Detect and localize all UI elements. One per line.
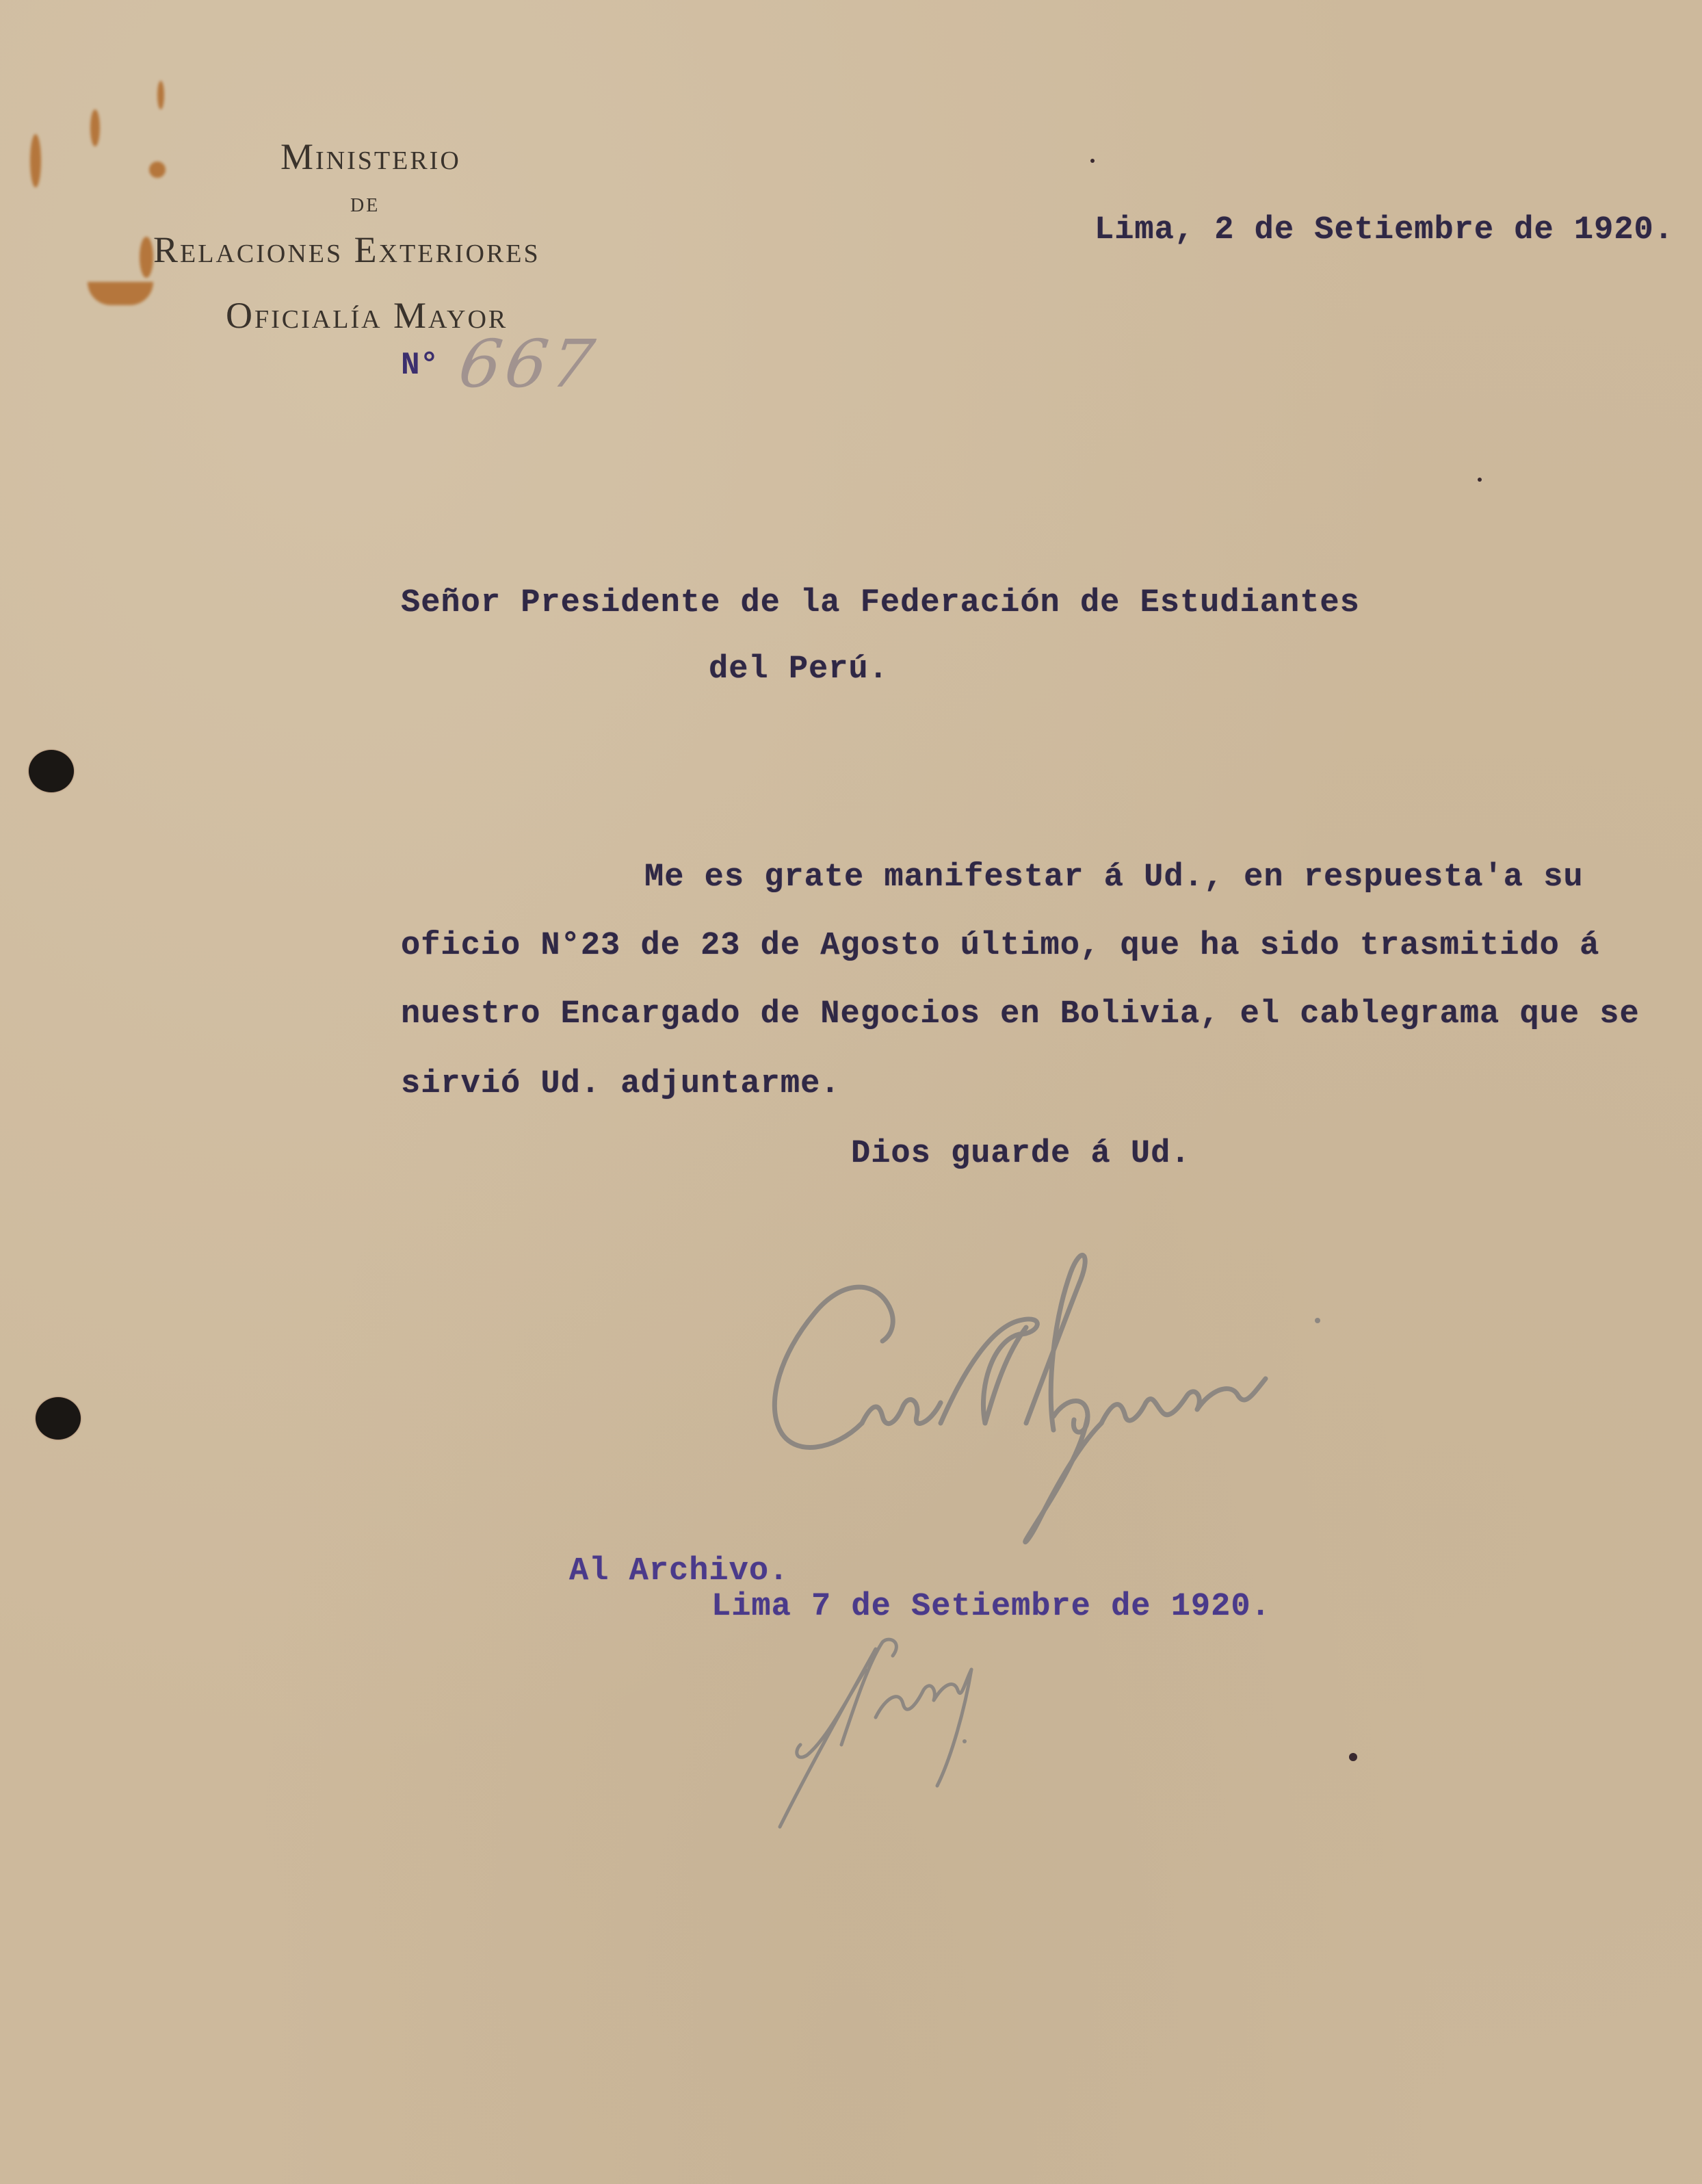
- rust-stain: [90, 109, 100, 146]
- ink-speck: [1349, 1753, 1357, 1761]
- addressee-line-2: del Perú.: [709, 651, 889, 688]
- document-number-label: N°: [401, 348, 438, 383]
- letterhead-ministerio: Ministerio: [280, 135, 461, 178]
- punch-hole-lower: [36, 1397, 81, 1440]
- signature-scrawl-icon: [759, 1232, 1457, 1546]
- archive-annotation-line-1: Al Archivo.: [569, 1553, 789, 1589]
- punch-hole-upper: [29, 750, 74, 792]
- initials-scrawl-icon: [766, 1615, 1108, 1841]
- body-line-3: nuestro Encargado de Negocios en Bolivia…: [401, 996, 1640, 1032]
- archive-annotation-line-2: Lima 7 de Setiembre de 1920.: [711, 1589, 1271, 1625]
- closing-salutation: Dios guarde á Ud.: [851, 1136, 1190, 1172]
- rust-stain: [149, 161, 166, 178]
- body-line-1: Me es grate manifestar á Ud., en respues…: [644, 859, 1584, 896]
- rust-stain: [88, 282, 153, 305]
- letterhead-relaciones-exteriores: Relaciones Exteriores: [153, 229, 540, 271]
- rust-stain: [157, 81, 164, 109]
- ink-speck: [1090, 159, 1095, 163]
- body-line-4: sirvió Ud. adjuntarme.: [401, 1066, 841, 1102]
- ink-speck: [1478, 478, 1482, 482]
- letter-date: Lima, 2 de Setiembre de 1920.: [1095, 212, 1674, 248]
- body-line-2: oficio N°23 de 23 de Agosto último, que …: [401, 928, 1599, 964]
- rust-stain: [30, 134, 41, 187]
- document-number-handwritten: 667: [454, 326, 603, 402]
- rust-stain: [140, 237, 153, 278]
- letterhead-de: de: [350, 186, 380, 218]
- addressee-line-1: Señor Presidente de la Federación de Est…: [401, 585, 1360, 621]
